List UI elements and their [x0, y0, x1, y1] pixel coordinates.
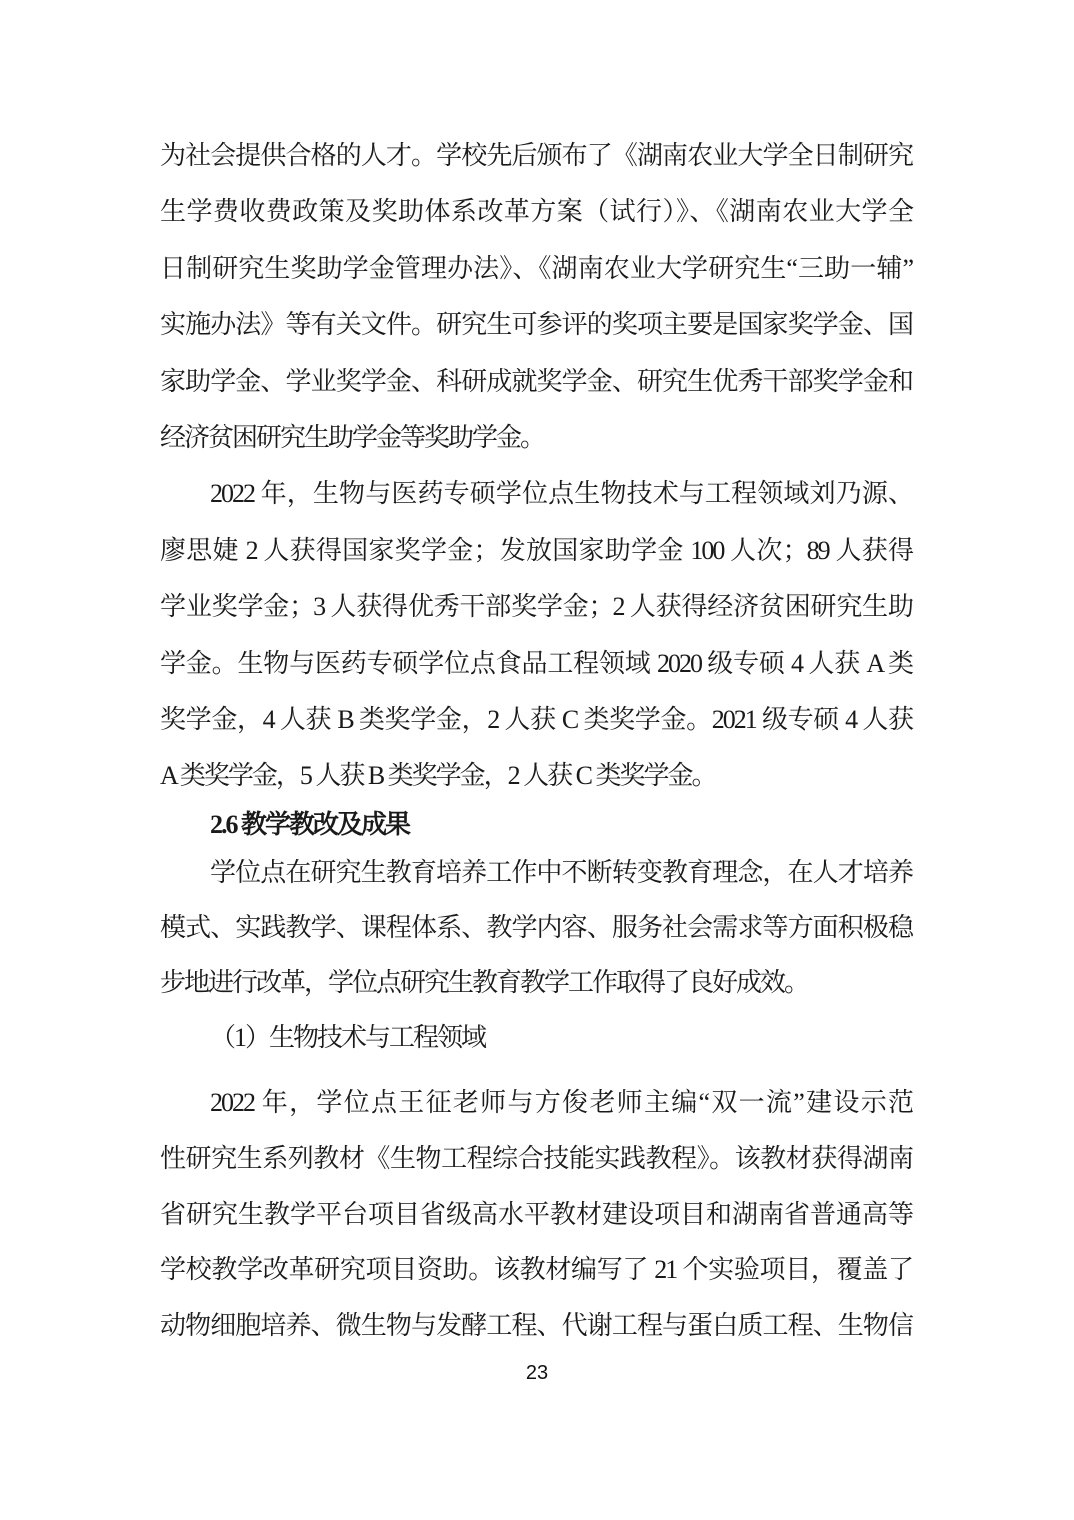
text-line: 学位点在研究生教育培养工作中不断转变教育理念，在人才培养: [160, 845, 912, 900]
text-line: 实施办法》等有关文件。研究生可参评的奖项主要是国家奖学金、国: [160, 297, 912, 353]
text-line: 廖思婕 2 人获得国家奖学金；发放国家助学金 100 人次；89 人获得: [160, 523, 912, 579]
text-line: 学金。生物与医药专硕学位点食品工程领域 2020 级专硕 4 人获 A 类: [160, 636, 912, 692]
text-line: 性研究生系列教材《生物工程综合技能实践教程》。该教材获得湖南: [160, 1131, 912, 1187]
paragraph-2022-awards: 2022 年，生物与医药专硕学位点生物技术与工程领域刘乃源、廖思婕 2 人获得国…: [160, 466, 912, 804]
text-line: 经济贫困研究生助学金等奖助学金。: [160, 410, 912, 466]
text-line: 2022 年，学位点王征老师与方俊老师主编“双一流”建设示范: [160, 1075, 912, 1131]
paragraph-scholarship-policies: 为社会提供合格的人才。学校先后颁布了《湖南农业大学全日制研究生学费收费政策及奖助…: [160, 128, 912, 466]
text-line: 省研究生教学平台项目省级高水平教材建设项目和湖南省普通高等: [160, 1187, 912, 1243]
text-line: 动物细胞培养、微生物与发酵工程、代谢工程与蛋白质工程、生物信: [160, 1298, 912, 1354]
text-line: 生学费收费政策及奖助体系改革方案（试行）》、《湖南农业大学全: [160, 184, 912, 240]
text-line: A 类奖学金，5 人获 B 类奖学金，2 人获 C 类奖学金。: [160, 748, 912, 804]
text-line: 2022 年，生物与医药专硕学位点生物技术与工程领域刘乃源、: [160, 466, 912, 522]
text-line: 学校教学改革研究项目资助。该教材编写了 21 个实验项目，覆盖了: [160, 1242, 912, 1298]
heading-2-6-teaching-reform: 2.6 教学教改及成果: [160, 805, 912, 845]
text-line: 为社会提供合格的人才。学校先后颁布了《湖南农业大学全日制研究: [160, 128, 912, 184]
text-line: 模式、实践教学、课程体系、教学内容、服务社会需求等方面积极稳: [160, 900, 912, 955]
text-line: （1）生物技术与工程领域: [160, 1010, 912, 1066]
text-line: 学业奖学金；3 人获得优秀干部奖学金；2 人获得经济贫困研究生助: [160, 579, 912, 635]
document-page: 为社会提供合格的人才。学校先后颁布了《湖南农业大学全日制研究生学费收费政策及奖助…: [0, 0, 1074, 1520]
text-flow: 为社会提供合格的人才。学校先后颁布了《湖南农业大学全日制研究生学费收费政策及奖助…: [160, 128, 912, 1353]
text-line: 家助学金、学业奖学金、科研成就奖学金、研究生优秀干部奖学金和: [160, 354, 912, 410]
page-number: 23: [0, 1362, 1074, 1385]
text-line: 日制研究生奖助学金管理办法》、《湖南农业大学研究生“三助一辅”: [160, 241, 912, 297]
paragraph-textbook: 2022 年，学位点王征老师与方俊老师主编“双一流”建设示范性研究生系列教材《生…: [160, 1075, 912, 1353]
subheading-1-biotech-engineering: （1）生物技术与工程领域: [160, 1010, 912, 1066]
paragraph-education-concept: 学位点在研究生教育培养工作中不断转变教育理念，在人才培养模式、实践教学、课程体系…: [160, 845, 912, 1011]
text-line: 2.6 教学教改及成果: [160, 805, 912, 845]
text-line: 步地进行改革，学位点研究生教育教学工作取得了良好成效。: [160, 955, 912, 1010]
text-line: 奖学金，4 人获 B 类奖学金，2 人获 C 类奖学金。2021 级专硕 4 人…: [160, 692, 912, 748]
